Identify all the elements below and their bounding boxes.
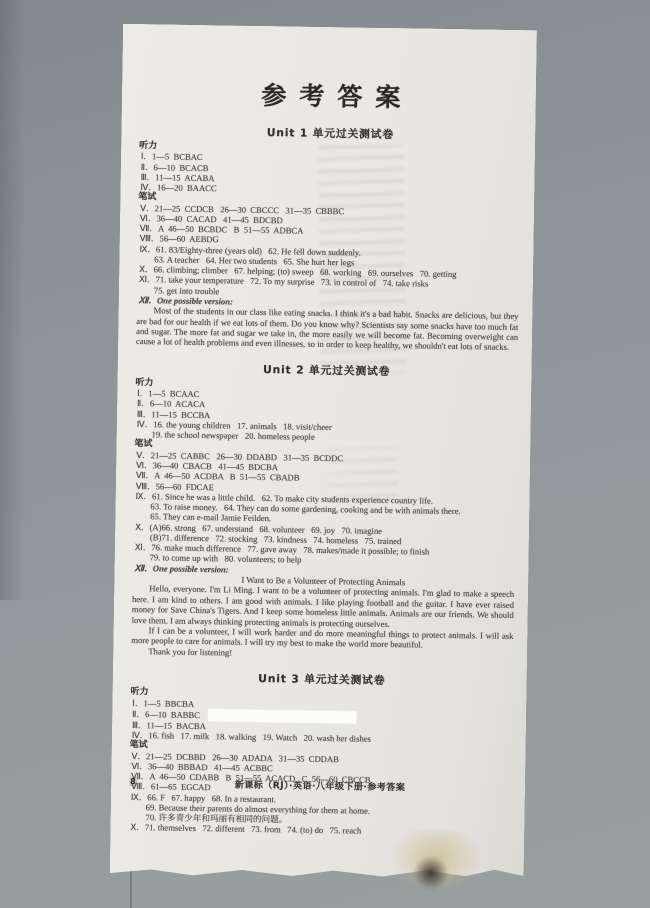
unit-block: Unit 1 单元过关测试卷听力Ⅰ．1—5 BCBACⅡ．6—10 BCACBⅢ…	[136, 123, 521, 353]
redaction-box	[208, 709, 356, 723]
page-number: 8	[129, 777, 137, 786]
photo-scene: 参考答案 Unit 1 单元过关测试卷听力Ⅰ．1—5 BCBACⅡ．6—10 B…	[0, 0, 650, 908]
paper-stain-dark-spot	[413, 856, 449, 890]
unit-heading: Unit 2 单元过关测试卷	[136, 360, 518, 381]
essay-paragraph: Hello, everyone. I'm Li Ming. I want to …	[132, 583, 515, 631]
units: Unit 1 单元过关测试卷听力Ⅰ．1—5 BCBACⅡ．6—10 BCACBⅢ…	[128, 123, 521, 839]
essay-paragraph: Most of the students in our class like e…	[136, 305, 519, 353]
unit-block: Unit 2 单元过关测试卷听力Ⅰ．1—5 BCAACⅡ．6—10 ACACAⅢ…	[131, 360, 518, 662]
page-title: 参考答案	[140, 74, 523, 116]
unit-heading: Unit 1 单元过关测试卷	[139, 123, 521, 144]
background-shadow-band	[0, 0, 26, 600]
unit-block: Unit 3 单元过关测试卷听力Ⅰ．1—5 BBCBAⅡ．6—10 BABBCⅢ…	[128, 669, 513, 838]
unit-heading: Unit 3 单元过关测试卷	[131, 669, 513, 690]
answer-key-page: 参考答案 Unit 1 单元过关测试卷听力Ⅰ．1—5 BCBACⅡ．6—10 B…	[110, 24, 537, 882]
